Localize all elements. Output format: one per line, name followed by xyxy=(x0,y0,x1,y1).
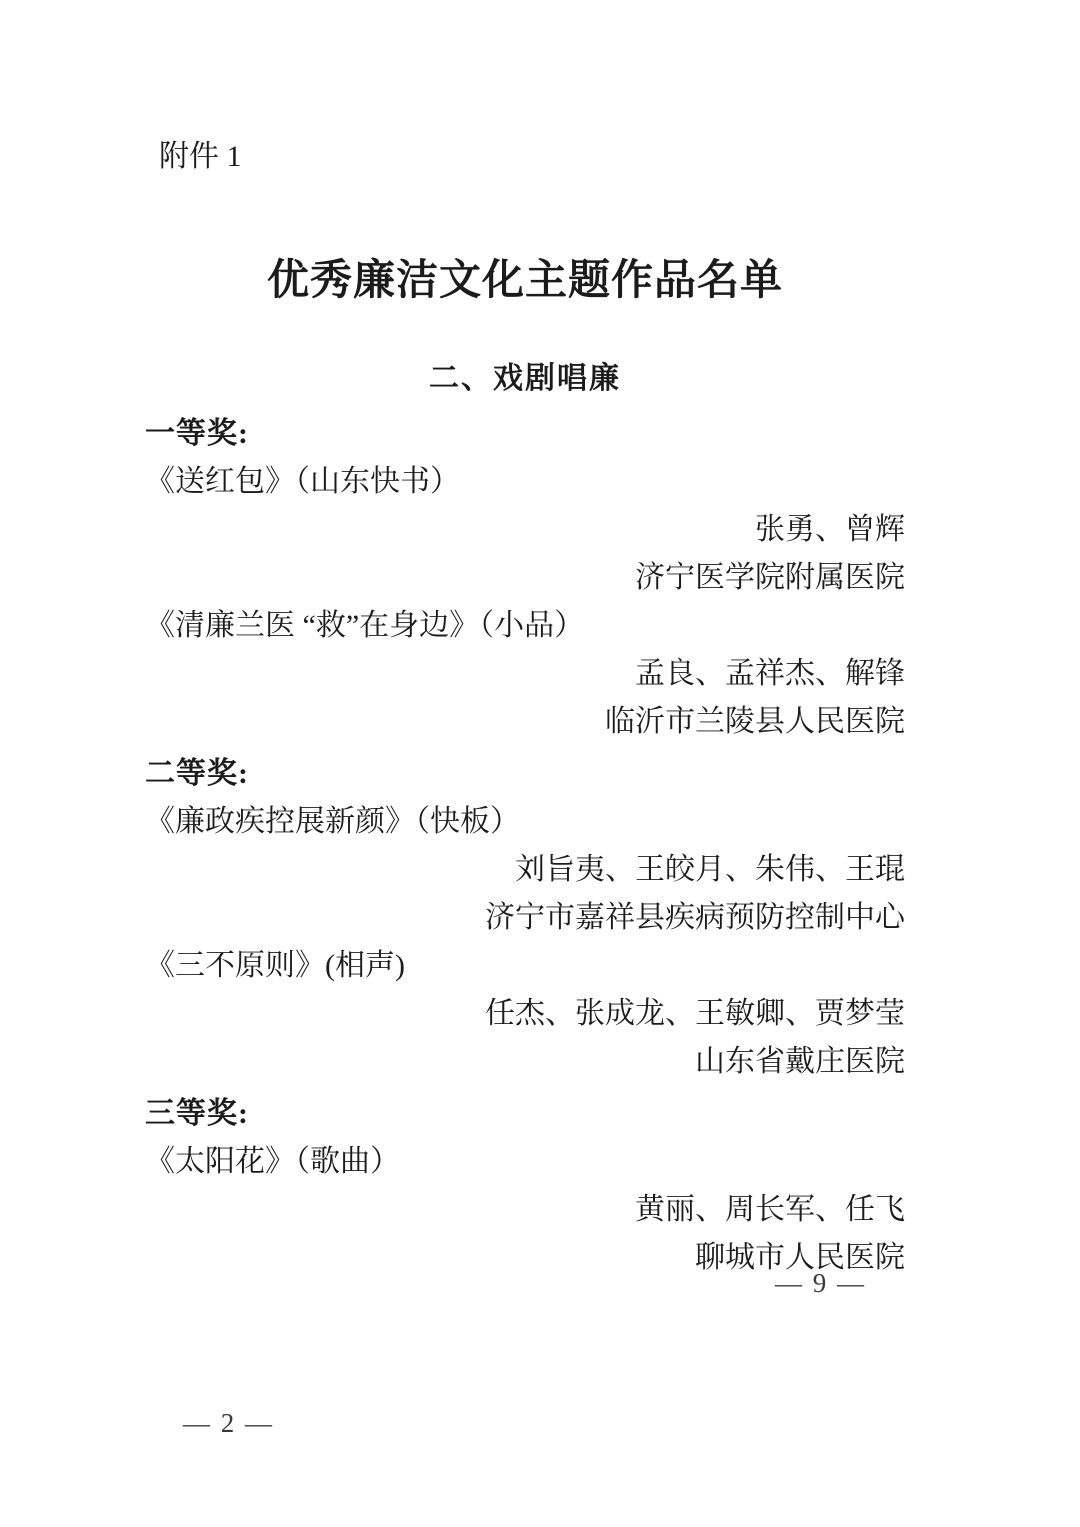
work-title: 《送红包》（山东快书） xyxy=(145,458,905,506)
work-authors: 任杰、张成龙、王敏卿、贾梦莹 xyxy=(145,990,905,1038)
section-heading: 二、戏剧唱廉 xyxy=(145,360,905,398)
work-authors: 张勇、曾辉 xyxy=(145,506,905,554)
work-title: 《太阳花》（歌曲） xyxy=(145,1138,905,1186)
work-authors: 刘旨夷、王皎月、朱伟、王琨 xyxy=(145,846,905,894)
award-list: 一等奖: 《送红包》（山东快书） 张勇、曾辉 济宁医学院附属医院 《清廉兰医 “… xyxy=(145,410,905,1282)
work-organization: 济宁市嘉祥县疾病预防控制中心 xyxy=(145,894,905,942)
award-level-label: 三等奖: xyxy=(145,1090,905,1138)
page-number-inner: — 9 — xyxy=(775,1268,866,1299)
work-title: 《三不原则》(相声) xyxy=(145,942,905,990)
work-organization: 山东省戴庄医院 xyxy=(145,1038,905,1086)
work-authors: 黄丽、周长军、任飞 xyxy=(145,1186,905,1234)
work-authors: 孟良、孟祥杰、解锋 xyxy=(145,650,905,698)
document-title: 优秀廉洁文化主题作品名单 xyxy=(145,254,905,308)
page-number-outer: — 2 — xyxy=(183,1408,274,1439)
award-group-third-prize: 三等奖: 《太阳花》（歌曲） 黄丽、周长军、任飞 聊城市人民医院 xyxy=(145,1090,905,1282)
award-level-label: 一等奖: xyxy=(145,410,905,458)
award-group-second-prize: 二等奖: 《廉政疾控展新颜》（快板） 刘旨夷、王皎月、朱伟、王琨 济宁市嘉祥县疾… xyxy=(145,750,905,1086)
award-group-first-prize: 一等奖: 《送红包》（山东快书） 张勇、曾辉 济宁医学院附属医院 《清廉兰医 “… xyxy=(145,410,905,746)
work-organization: 济宁医学院附属医院 xyxy=(145,554,905,602)
document-page: 附件 1 优秀廉洁文化主题作品名单 二、戏剧唱廉 一等奖: 《送红包》（山东快书… xyxy=(0,0,1080,1527)
work-organization: 临沂市兰陵县人民医院 xyxy=(145,698,905,746)
work-title: 《清廉兰医 “救”在身边》（小品） xyxy=(145,602,905,650)
award-level-label: 二等奖: xyxy=(145,750,905,798)
work-title: 《廉政疾控展新颜》（快板） xyxy=(145,798,905,846)
attachment-label: 附件 1 xyxy=(159,140,905,174)
